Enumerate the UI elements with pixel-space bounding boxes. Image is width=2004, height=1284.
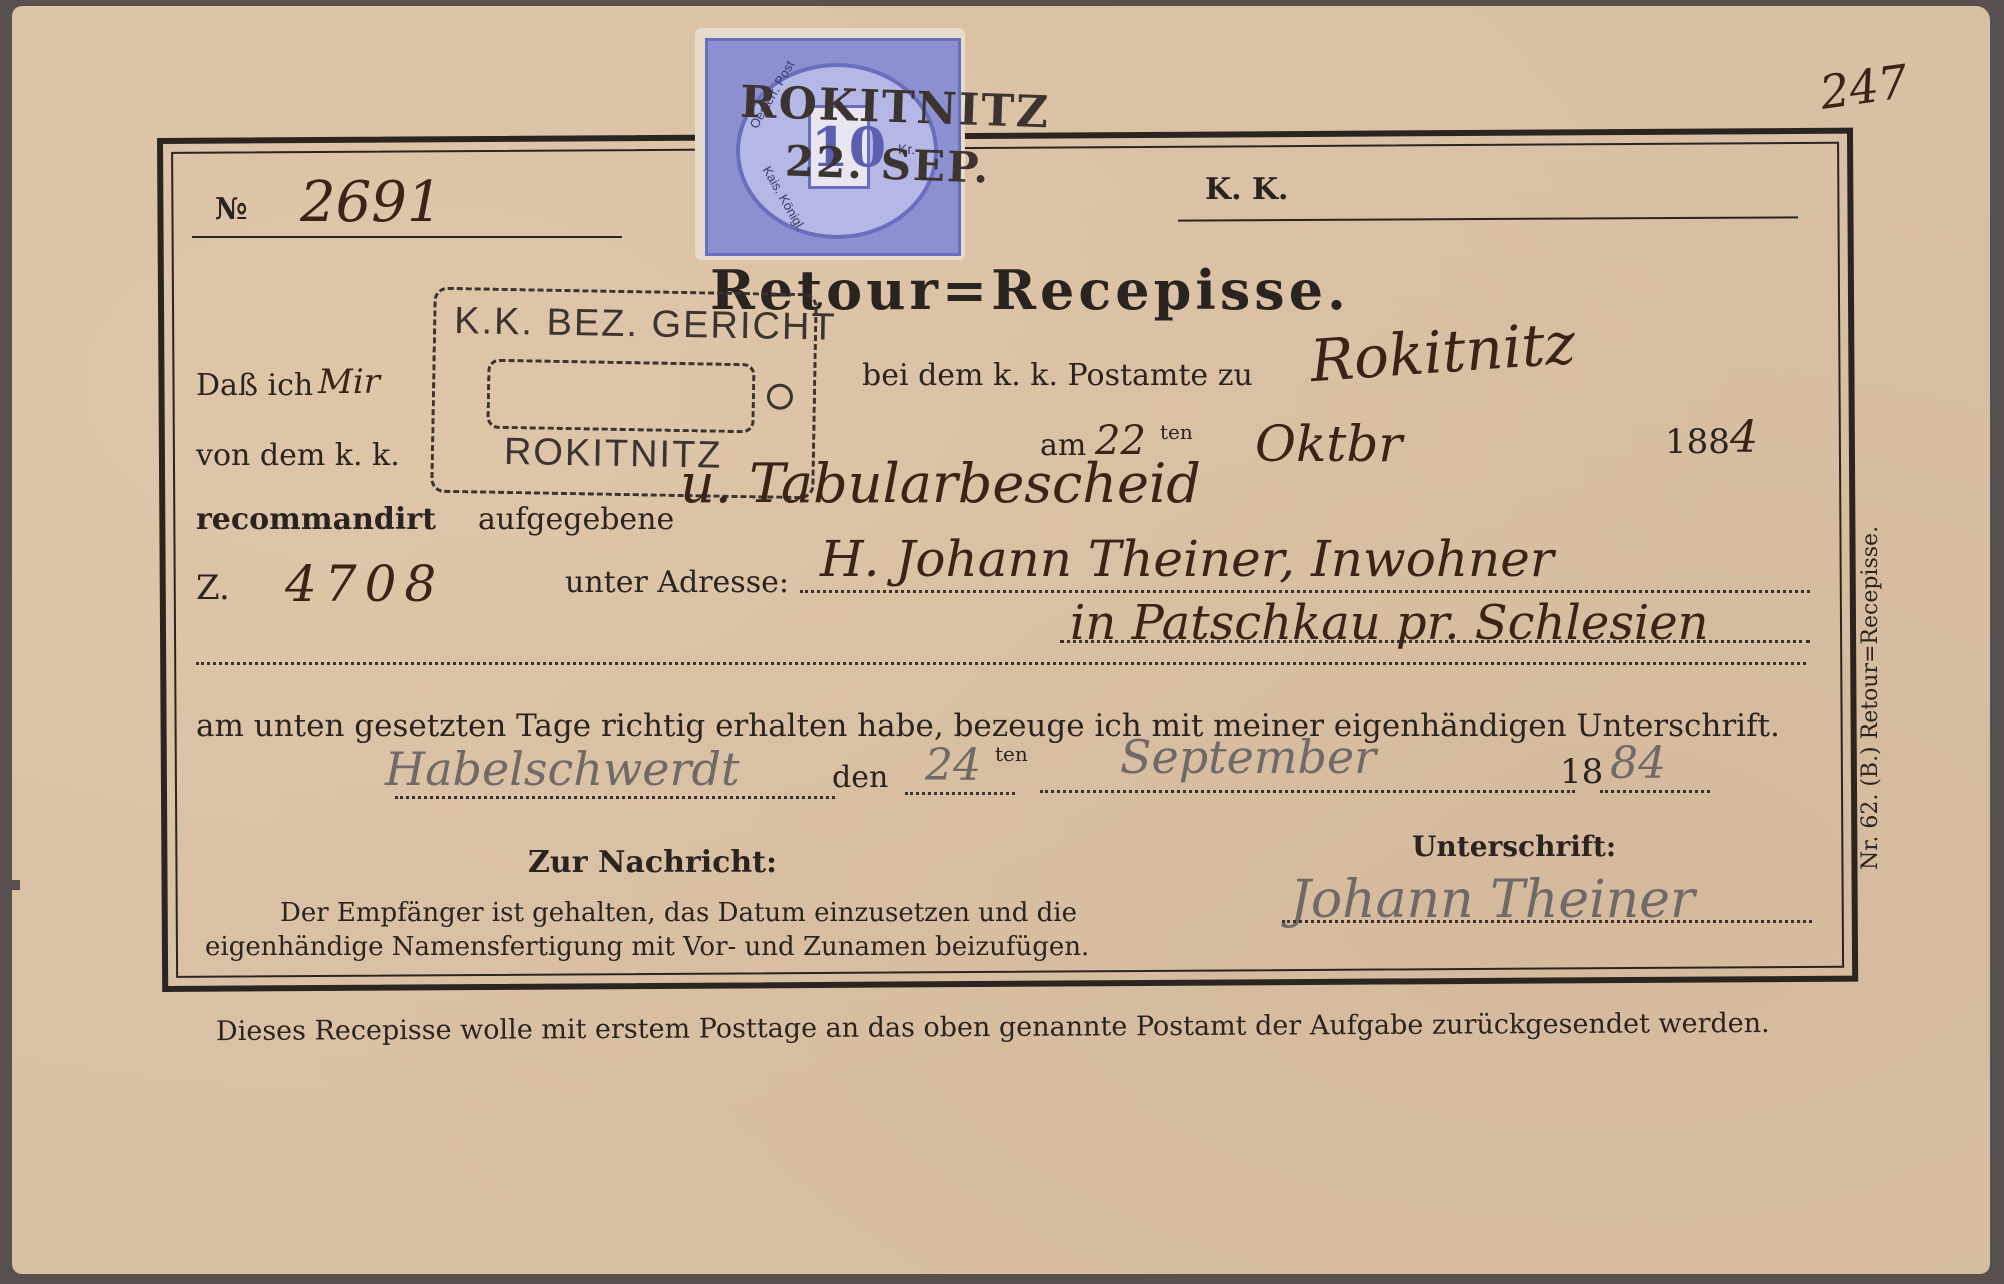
- paper-tear: [12, 880, 20, 890]
- day-suffix: ten: [1160, 420, 1193, 444]
- registered-label: recommandirt: [196, 502, 436, 537]
- receipt-day-dots: [905, 792, 1015, 795]
- rosette-icon: [767, 383, 793, 409]
- number-label: №: [215, 192, 248, 227]
- postmark-date: 22. SEP.: [784, 136, 991, 192]
- reg-prefix: Z.: [196, 568, 230, 608]
- receipt-year: 84: [1610, 738, 1666, 789]
- form-number-vertical: Nr. 62. (B.) Retour=Recepisse.: [1858, 526, 1883, 870]
- address-dotted-line1: [800, 590, 1810, 593]
- separator-dotted-line: [196, 662, 1806, 665]
- posted-label: aufgegebene: [478, 502, 674, 537]
- den-label: den: [832, 760, 888, 795]
- notice-line1: Der Empfänger ist gehalten, das Datum ei…: [280, 898, 1077, 928]
- receipt-place: Habelschwerdt: [385, 742, 739, 796]
- receipt-month-dots: [1040, 790, 1575, 793]
- receipt-year-printed: 18: [1560, 752, 1603, 792]
- address-dotted-line2: [1060, 640, 1810, 643]
- line1-handwriting: Mir: [318, 362, 380, 402]
- confirmation-text: am unten gesetzten Tage richtig erhalten…: [196, 708, 1780, 744]
- signature-dotted-line: [1282, 920, 1812, 923]
- notice-line2: eigenhändige Namensfertigung mit Vor- un…: [205, 932, 1089, 962]
- reg-number: 4708: [285, 555, 444, 613]
- receipt-day: 24: [925, 740, 981, 791]
- address-line1: H. Johann Theiner, Inwohner: [820, 530, 1554, 588]
- number-value: 2691: [300, 170, 443, 235]
- postmark-town: ROKITNITZ: [739, 77, 1051, 139]
- line1-right-label: bei dem k. k. Postamte zu: [862, 358, 1253, 393]
- year-handwriting: 4: [1730, 412, 1758, 463]
- kk-label: K. K.: [1205, 172, 1288, 207]
- court-stamp-line1: K.K. BEZ. GERICHT: [454, 300, 837, 350]
- receipt-month: September: [1120, 730, 1376, 784]
- line1-label: Daß ich: [196, 368, 313, 403]
- court-stamp-box: [486, 359, 755, 434]
- line2-label: von dem k. k.: [196, 438, 400, 473]
- address-label: unter Adresse:: [565, 565, 789, 600]
- signature-label: Unterschrift:: [1412, 830, 1616, 863]
- posting-month: Oktbr: [1255, 415, 1402, 473]
- item-description: u. Tabularbescheid: [680, 452, 1201, 515]
- receipt-place-dots: [395, 796, 835, 799]
- year-printed: 188: [1665, 422, 1730, 462]
- receipt-day-suffix: ten: [995, 742, 1028, 766]
- number-rule: [192, 236, 622, 238]
- notice-heading: Zur Nachricht:: [528, 845, 777, 880]
- receipt-year-dots: [1600, 790, 1710, 793]
